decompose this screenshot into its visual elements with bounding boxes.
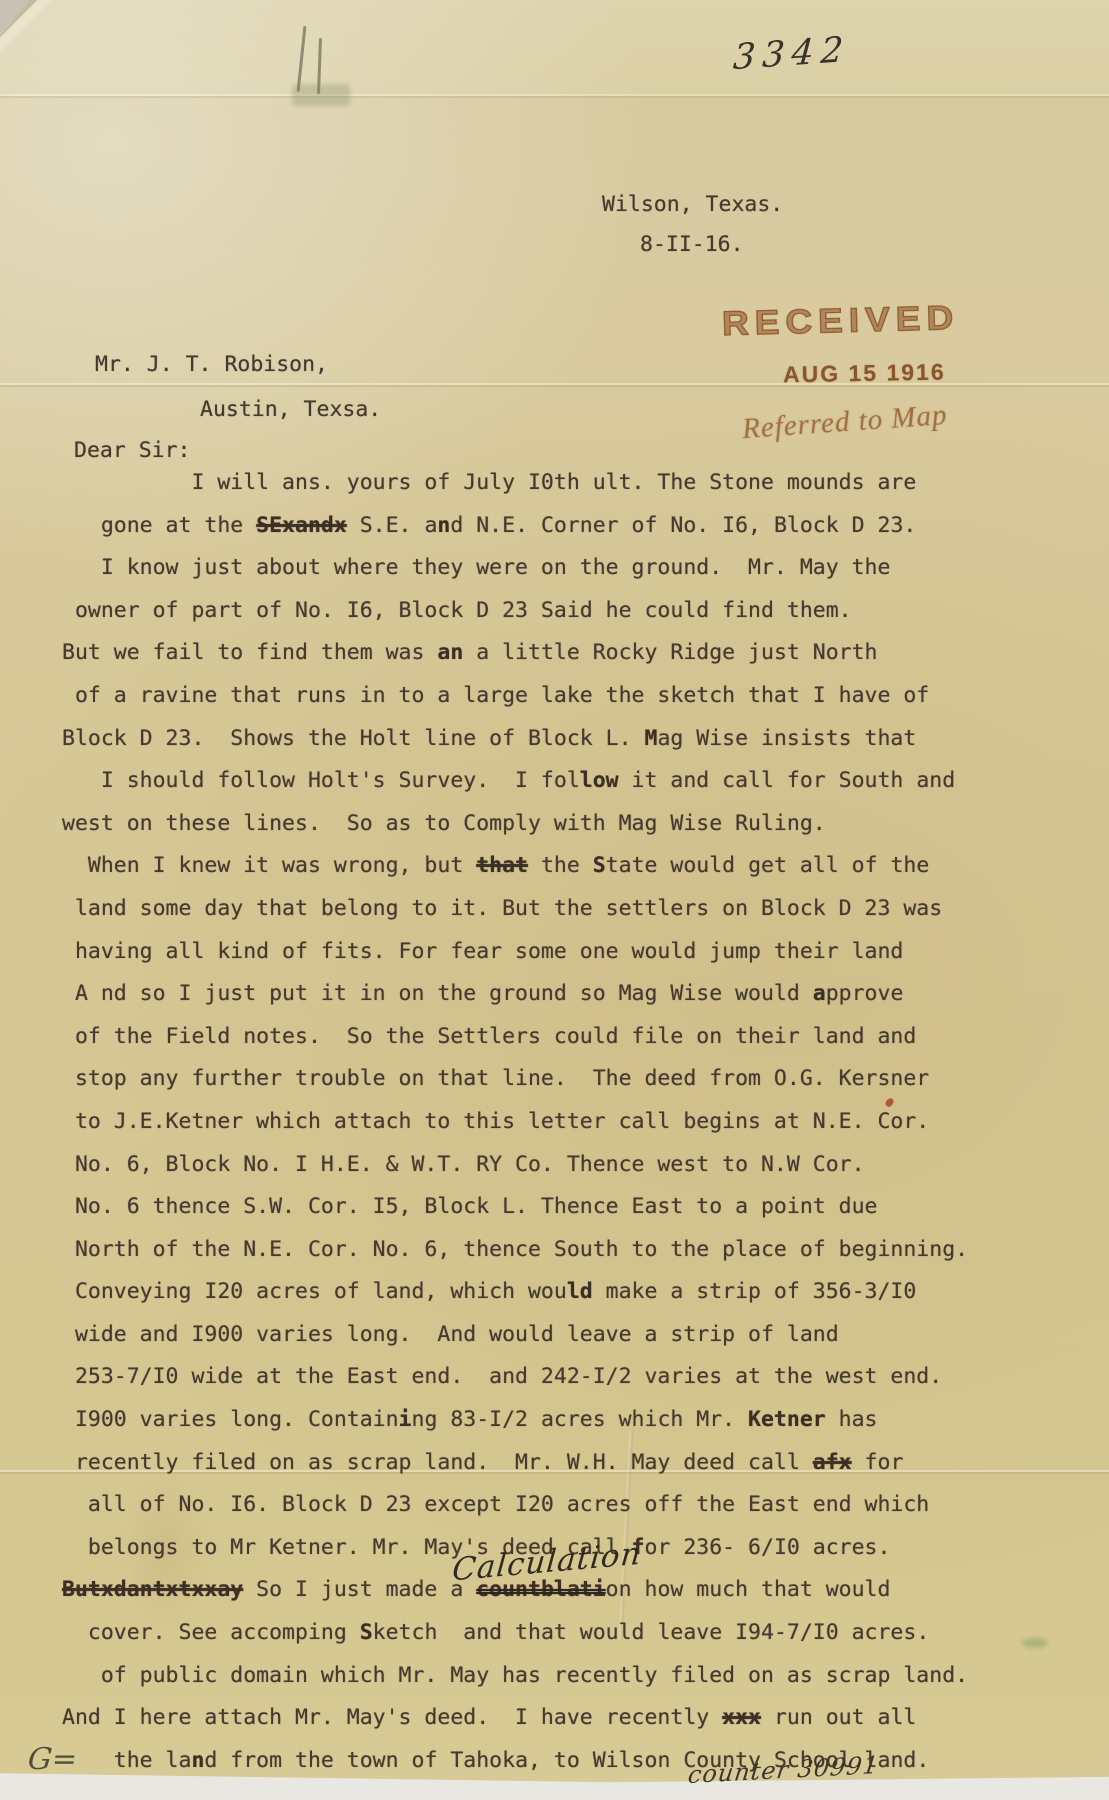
body-line: I should follow Holt's Survey. I follow … [62,760,1082,803]
body-line: 253-7/I0 wide at the East end. and 242-I… [62,1356,1082,1399]
body-line: of the Field notes. So the Settlers coul… [62,1016,1082,1059]
body-line: gone at the SExandx S.E. and N.E. Corner… [62,505,1082,548]
recipient-name: Mr. J. T. Robison, [95,352,328,377]
body-line: cover. See accomping Sketch and that wou… [62,1612,1082,1655]
body-line: recently filed on as scrap land. Mr. W.H… [62,1442,1082,1485]
torn-bottom-edge [0,1784,1109,1800]
body-line: North of the N.E. Cor. No. 6, thence Sou… [62,1229,1082,1272]
body-line: of public domain which Mr. May has recen… [62,1655,1082,1698]
body-line: owner of part of No. I6, Block D 23 Said… [62,590,1082,633]
body-line: Conveying I20 acres of land, which would… [62,1271,1082,1314]
body-line: the land from the town of Tahoka, to Wil… [62,1740,1082,1783]
body-line: belongs to Mr Ketner. Mr. May's deed cal… [62,1527,1082,1570]
body-line: And I here attach Mr. May's deed. I have… [62,1697,1082,1740]
body-line: Block D 23. Shows the Holt line of Block… [62,718,1082,761]
body-line: all of No. I6. Block D 23 except I20 acr… [62,1484,1082,1527]
body-line: wide and I900 varies long. And would lea… [62,1314,1082,1357]
body-line: A nd so I just put it in on the ground s… [62,973,1082,1016]
letter-body: I will ans. yours of July I0th ult. The … [62,462,1082,1782]
body-line: I900 varies long. Containing 83-I/2 acre… [62,1399,1082,1442]
body-line: No. 6, Block No. I H.E. & W.T. RY Co. Th… [62,1144,1082,1187]
body-line: stop any further trouble on that line. T… [62,1058,1082,1101]
body-line: Butxdantxtxxay So I just made a countbla… [62,1569,1082,1612]
body-line: No. 6 thence S.W. Cor. I5, Block L. Then… [62,1186,1082,1229]
recipient-city: Austin, Texsa. [200,397,381,422]
body-line: of a ravine that runs in to a large lake… [62,675,1082,718]
body-line: When I knew it was wrong, but that the S… [62,845,1082,888]
body-line: But we fail to find them was an a little… [62,632,1082,675]
salutation: Dear Sir: [74,438,191,463]
body-line: to J.E.Ketner which attach to this lette… [62,1101,1082,1144]
letter-date: 8-II-16. [640,232,744,257]
tape-residue [292,84,350,106]
letter-place: Wilson, Texas. [602,192,783,217]
body-line: I will ans. yours of July I0th ult. The … [62,462,1082,505]
body-line: having all kind of fits. For fear some o… [62,931,1082,974]
body-line: I know just about where they were on the… [62,547,1082,590]
body-line: land some day that belong to it. But the… [62,888,1082,931]
body-line: west on these lines. So as to Comply wit… [62,803,1082,846]
